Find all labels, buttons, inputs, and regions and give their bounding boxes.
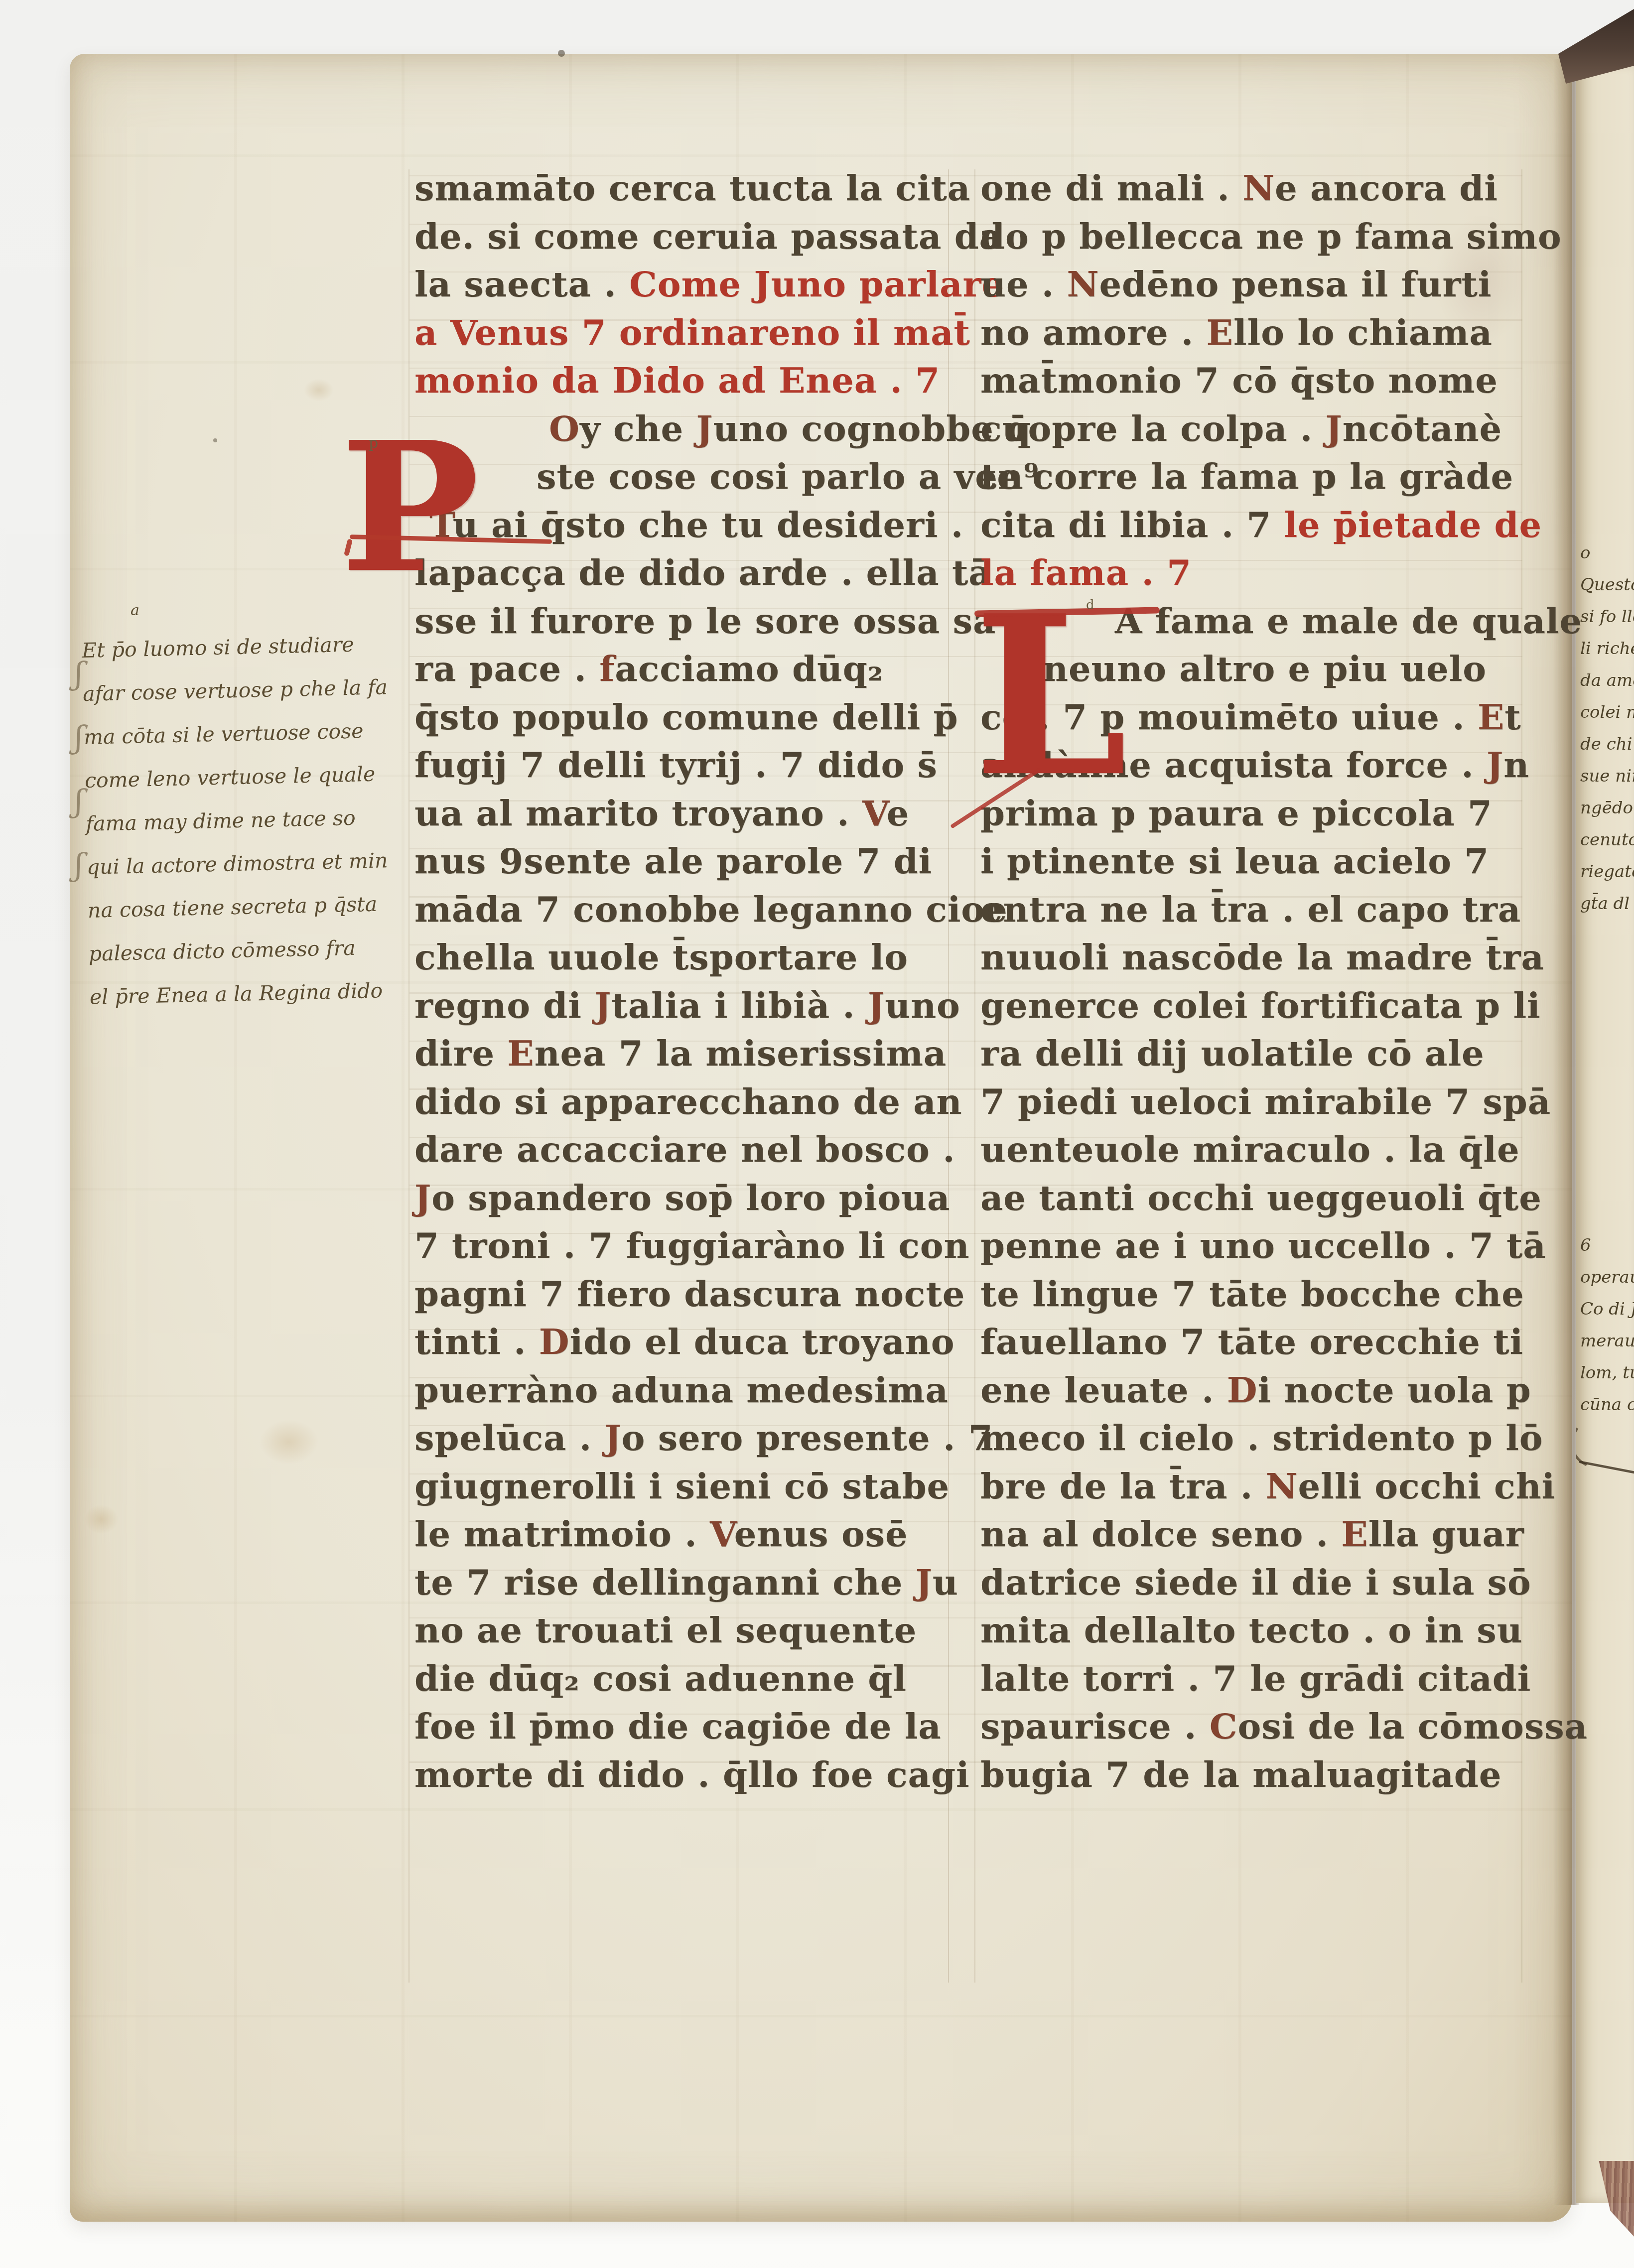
text-line: q̄sto populo comune delli p̄ (414, 693, 1039, 742)
text-line: ra delli dij uolatile cō ale (980, 1030, 1588, 1078)
text-line: one di mali . Ne ancora di (980, 164, 1588, 213)
body-text: J (1487, 744, 1503, 786)
body-text: E (1341, 1513, 1368, 1555)
facing-page-fragment: Co di Ja (1580, 1299, 1634, 1319)
text-line: ue . Nedēno pensa il furti (980, 261, 1588, 309)
facing-page-fragment: colei nō (1580, 702, 1634, 722)
text-line: puerràno aduna medesima (414, 1366, 1039, 1415)
text-line: fauellano 7 tāte orecchie ti (980, 1318, 1588, 1366)
body-text: i ptinente si leua acielo 7 (980, 840, 1489, 882)
body-text: le matrimoio . (414, 1513, 710, 1555)
text-column-left: smamāto cerca tucta la citade. si come c… (414, 164, 1039, 1799)
body-text: penne ae i uno uccello . 7 tā (980, 1225, 1546, 1266)
text-line: spelūca . Jo sero presente . 7 (414, 1414, 1039, 1463)
body-text: enus osē (734, 1513, 908, 1555)
text-line: regno di Jtalia i libià . Juno (414, 982, 1039, 1030)
text-line: lapacça de dido arde . ella tā (414, 549, 1039, 597)
facing-page-fragment: da amor (1580, 670, 1634, 690)
facing-page-fragment: li riche (1580, 639, 1634, 659)
body-text: A fama e male de quale (1115, 600, 1582, 642)
margin-note-line: ma cōta si le vertuose cose (83, 709, 389, 759)
margin-note-line: afar cose vertuose p che la fa (82, 666, 388, 716)
margin-note-line: na cosa tiene secreta p q̄sta (87, 882, 393, 933)
body-text: 7 piedi ueloci mirabile 7 spā (980, 1081, 1551, 1122)
body-text: datrice siede il die i sula sō (980, 1562, 1531, 1603)
text-line: no ae trouati el sequente (414, 1606, 1039, 1655)
text-line: ste cose cosi parlo a ven⁹ (537, 453, 1039, 501)
body-text: C (1210, 1706, 1238, 1747)
body-text: o spandero sop̄ loro pioua (431, 1177, 950, 1218)
body-text: J (594, 985, 611, 1026)
text-line: te 7 rise dellinganni che Ju (414, 1559, 1039, 1607)
body-text: o sero presente . 7 (622, 1417, 993, 1459)
margin-bracket: ʃ (75, 783, 83, 819)
margin-note-line: palesca dicto cōmesso fra (88, 926, 394, 976)
body-text: regno di (414, 985, 594, 1026)
body-text: D (539, 1321, 570, 1362)
rubric-text: monio da Dido ad Enea . 7 (414, 360, 940, 401)
text-line: cuopre la colpa . Jncōtanè (980, 405, 1588, 453)
facing-page-fragment: sue nin (1580, 766, 1634, 786)
body-text: nea 7 la miserissima (535, 1033, 947, 1074)
manuscript-photo: { "colors": { "background": "#f1f1ef", "… (0, 0, 1634, 2268)
body-text: ene leuate . (980, 1369, 1227, 1411)
margin-note-line: qui la actore dimostra et min (86, 839, 392, 889)
body-text: J (868, 985, 885, 1026)
text-line: te lingue 7 tāte bocche che (980, 1270, 1588, 1319)
body-text: te lingue 7 tāte bocche che (980, 1273, 1524, 1315)
text-line: A fama e male de quale (1115, 597, 1588, 646)
text-line: entra ne la t̄ra . el capo tra (980, 886, 1588, 934)
body-text: uenteuole miraculo . la q̄le (980, 1129, 1519, 1170)
body-text: J (414, 1177, 431, 1218)
body-text: e (887, 793, 910, 834)
body-text: meco il cielo . stridento p lō (980, 1417, 1543, 1459)
margin-bracket: ʃ (75, 719, 83, 755)
body-text: generce colei fortificata p li (980, 985, 1541, 1026)
body-text: J (1326, 408, 1343, 449)
text-line: uenteuole miraculo . la q̄le (980, 1126, 1588, 1174)
body-text: fauellano 7 tāte orecchie ti (980, 1321, 1523, 1362)
body-text: na al dolce seno . (980, 1513, 1341, 1555)
body-text: nuuoli nascōde la madre t̄ra (980, 936, 1544, 978)
text-line: chella uuole t̄sportare lo (414, 934, 1039, 982)
body-text: ncōtanè (1343, 408, 1502, 449)
text-line: a Venus 7 ordinareno il mat̄ (414, 309, 1039, 357)
margin-note-line: come leno vertuose le quale (84, 752, 390, 802)
text-line: Jo spandero sop̄ loro pioua (414, 1174, 1039, 1222)
body-text: e ancora di (1275, 167, 1498, 209)
text-line: na al dolce seno . Ella guar (980, 1510, 1588, 1559)
body-text: mat̄monio 7 cō q̄sto nome (980, 360, 1498, 401)
text-line: spaurisce . Cosi de la cōmossa (980, 1703, 1588, 1751)
text-line: bugia 7 de la maluagitade (980, 1751, 1588, 1799)
text-line: dire Enea 7 la miserissima (414, 1030, 1039, 1078)
body-text: ste cose cosi parlo a ven⁹ (537, 456, 1039, 497)
body-text: bugia 7 de la maluagitade (980, 1754, 1501, 1795)
body-text: E (1207, 312, 1233, 353)
text-line: 7 piedi ueloci mirabile 7 spā (980, 1078, 1588, 1126)
body-text: te corre la fama p la gràde (980, 456, 1513, 497)
body-text: J (604, 1417, 621, 1459)
margin-note-line: fama may dime ne tace so (85, 796, 391, 846)
text-line: de. si come ceruia passata da (414, 213, 1039, 261)
body-text: giugnerolli i sieni cō stabe (414, 1466, 950, 1507)
body-text: n (1503, 744, 1529, 786)
body-text: D (1227, 1369, 1258, 1411)
text-line: te corre la fama p la gràde (980, 453, 1588, 501)
facing-page-fragment: ngēdo c (1580, 798, 1634, 818)
body-text: cita di libia . 7 (980, 504, 1284, 545)
body-text: N (1067, 264, 1099, 305)
decorated-initial-L: L (973, 587, 1127, 806)
body-text: f (599, 648, 615, 689)
body-text: ra pace . (414, 648, 599, 689)
body-text: ido el duca troyano (570, 1321, 955, 1362)
body-text: ae tanti occhi ueggeuoli q̄te (980, 1177, 1542, 1218)
text-line: la saecta . Come Juno parlare (414, 261, 1039, 309)
text-line: tinti . Dido el duca troyano (414, 1318, 1039, 1366)
body-text: mita dellalto tecto . o in su (980, 1609, 1523, 1651)
text-line: generce colei fortificata p li (980, 982, 1588, 1030)
rubric-text: Come Juno parlare (629, 264, 1004, 305)
margin-bracket: ʃ (75, 655, 83, 691)
text-line: morte di dido . q̄llo foe cagi (414, 1751, 1039, 1799)
facing-page-fragment: operaue (1580, 1267, 1634, 1287)
guide-letter-d: d (1086, 598, 1094, 613)
body-text: E (507, 1033, 534, 1074)
body-text: nus 9sente ale parole 7 di (414, 840, 932, 882)
text-line: le matrimoio . Venus osē (414, 1510, 1039, 1559)
body-text: la saecta . (414, 264, 629, 305)
body-text: dare accacciare nel bosco . (414, 1129, 955, 1170)
body-text: 7 troni . 7 fuggiaràno li con (414, 1225, 969, 1266)
body-text: spaurisce . (980, 1706, 1210, 1747)
body-text: J (916, 1562, 933, 1603)
text-line: no amore . Ello lo chiama (980, 309, 1588, 357)
text-line: Oy che Juno cognobbe q̄ (549, 405, 1039, 453)
body-text: uno (885, 985, 960, 1026)
text-line: lalte torri . 7 le grādi citadi (980, 1655, 1588, 1703)
text-line: smamāto cerca tucta la cita (414, 164, 1039, 213)
body-text: smamāto cerca tucta la cita (414, 167, 970, 209)
body-text: de. si come ceruia passata da (414, 216, 1002, 257)
body-text: dire (414, 1033, 507, 1074)
body-text: puerràno aduna medesima (414, 1369, 949, 1411)
body-text: no ae trouati el sequente (414, 1609, 917, 1651)
body-text: ra delli dij uolatile cō ale (980, 1033, 1485, 1074)
body-text: osi de la cōmossa (1237, 1706, 1587, 1747)
text-line: ae tanti occhi ueggeuoli q̄te (980, 1174, 1588, 1222)
body-text: acciamo dūq₂ (615, 648, 883, 689)
body-text: morte di dido . q̄llo foe cagi (414, 1754, 969, 1795)
text-line: pagni 7 fiero dascura nocte (414, 1270, 1039, 1319)
text-line: fugij 7 delli tyrij . 7 dido s̄ (414, 741, 1039, 790)
facing-page-fragment: si fo lle (1580, 607, 1634, 627)
text-line: ra pace . facciamo dūq₂ (414, 645, 1039, 693)
body-text: chella uuole t̄sportare lo (414, 936, 908, 978)
facing-page-fragment: meraue (1580, 1331, 1634, 1351)
text-line: māda 7 conobbe leganno cioe (414, 886, 1039, 934)
body-text: t (1504, 696, 1521, 738)
body-text: bre de la t̄ra . (980, 1466, 1266, 1507)
body-text: foe il p̄mo die cagiōe de la (414, 1706, 942, 1747)
text-line: i ptinente si leua acielo 7 (980, 837, 1588, 886)
text-line: cita di libia . 7 le p̄ietade de (980, 501, 1588, 549)
text-line: die dūq₂ cosi aduenne q̄l (414, 1655, 1039, 1703)
body-text: lalte torri . 7 le grādi citadi (980, 1658, 1531, 1699)
margin-note: Et p̄o luomo si de studiareafar cose ver… (81, 622, 395, 1019)
guide-letter-p: p (369, 434, 378, 452)
text-line: foe il p̄mo die cagiōe de la (414, 1703, 1039, 1751)
body-text: V (862, 793, 887, 834)
text-line: datrice siede il die i sula sō (980, 1559, 1588, 1607)
margin-note-line: Et p̄o luomo si de studiare (81, 622, 387, 672)
body-text: q̄sto populo comune delli p̄ (414, 696, 958, 738)
text-line: ua al marito troyano . Ve (414, 790, 1039, 838)
margin-note-line: el p̄re Enea a la Regina dido (89, 969, 395, 1019)
margin-bracket: ʃ (75, 846, 83, 883)
text-line: meco il cielo . stridento p lō (980, 1414, 1588, 1463)
text-line: 7 troni . 7 fuggiaràno li con (414, 1222, 1039, 1270)
facing-page-fragment: Questo (1580, 575, 1634, 595)
text-line: monio da Dido ad Enea . 7 (414, 357, 1039, 405)
body-text: V (710, 1513, 734, 1555)
body-text: llo lo chiama (1233, 312, 1493, 353)
text-line: penne ae i uno uccello . 7 tā (980, 1222, 1588, 1270)
text-line: do p bellecca ne p fama simo (980, 213, 1588, 261)
body-text: one di mali . (980, 167, 1242, 209)
text-column-right: one di mali . Ne ancora dido p bellecca … (980, 164, 1588, 1799)
text-line: sse il furore p le sore ossa sa (414, 597, 1039, 646)
body-text: ue . (980, 264, 1067, 305)
body-text: lla guar (1368, 1513, 1524, 1555)
body-text: pagni 7 fiero dascura nocte (414, 1273, 965, 1315)
body-text: N (1266, 1466, 1298, 1507)
rubric-text: a Venus 7 ordinareno il mat̄ (414, 312, 970, 353)
text-line: nuuoli nascōde la madre t̄ra (980, 934, 1588, 982)
text-line: mita dellalto tecto . o in su (980, 1606, 1588, 1655)
body-text: sse il furore p le sore ossa sa (414, 600, 996, 642)
body-text: y che (580, 408, 696, 449)
body-text: talia i libià . (611, 985, 868, 1026)
body-text: u (933, 1562, 958, 1603)
body-text: māda 7 conobbe leganno cioe (414, 889, 1008, 930)
rubric-text: le p̄ietade de (1284, 504, 1542, 545)
body-text: i nocte uola p (1257, 1369, 1531, 1411)
text-line: ene leuate . Di nocte uola p (980, 1366, 1588, 1415)
body-text: cuopre la colpa . (980, 408, 1326, 449)
body-text: do p bellecca ne p fama simo (980, 216, 1562, 257)
body-text: dido si apparecchano de an (414, 1081, 962, 1122)
body-text: spelūca . (414, 1417, 604, 1459)
body-text: tinti . (414, 1321, 539, 1362)
body-text: N (1242, 167, 1275, 209)
body-text: lapacça de dido arde . ella tā (414, 552, 992, 593)
facing-page-fragment: lom, tu (1580, 1363, 1634, 1383)
facing-page-fragment: riegato p̄ (1580, 862, 1634, 882)
text-line: nus 9sente ale parole 7 di (414, 837, 1039, 886)
facing-page-fragment: cenuto da (1580, 830, 1634, 850)
body-text: elli occhi chi (1298, 1466, 1556, 1507)
text-line: bre de la t̄ra . Nelli occhi chi (980, 1463, 1588, 1511)
body-text: die dūq₂ cosi aduenne q̄l (414, 1658, 907, 1699)
text-line: mat̄monio 7 cō q̄sto nome (980, 357, 1588, 405)
body-text: E (1478, 696, 1504, 738)
body-text: entra ne la t̄ra . el capo tra (980, 889, 1521, 930)
text-line: dare accacciare nel bosco . (414, 1126, 1039, 1174)
margin-note-superscript: a (131, 602, 139, 619)
body-text: fugij 7 delli tyrij . 7 dido s̄ (414, 744, 938, 786)
body-text: te 7 rise dellinganni che (414, 1562, 916, 1603)
body-text: edēno pensa il furti (1099, 264, 1492, 305)
text-line: dido si apparecchano de an (414, 1078, 1039, 1126)
body-text: ua al marito troyano . (414, 793, 862, 834)
text-line: giugnerolli i sieni cō stabe (414, 1463, 1039, 1511)
facing-page-fragment: de chi fa (1580, 734, 1634, 754)
body-text: O (549, 408, 580, 449)
body-text: no amore . (980, 312, 1207, 353)
body-text: J (696, 408, 713, 449)
decorated-initial-P: P (340, 418, 480, 597)
